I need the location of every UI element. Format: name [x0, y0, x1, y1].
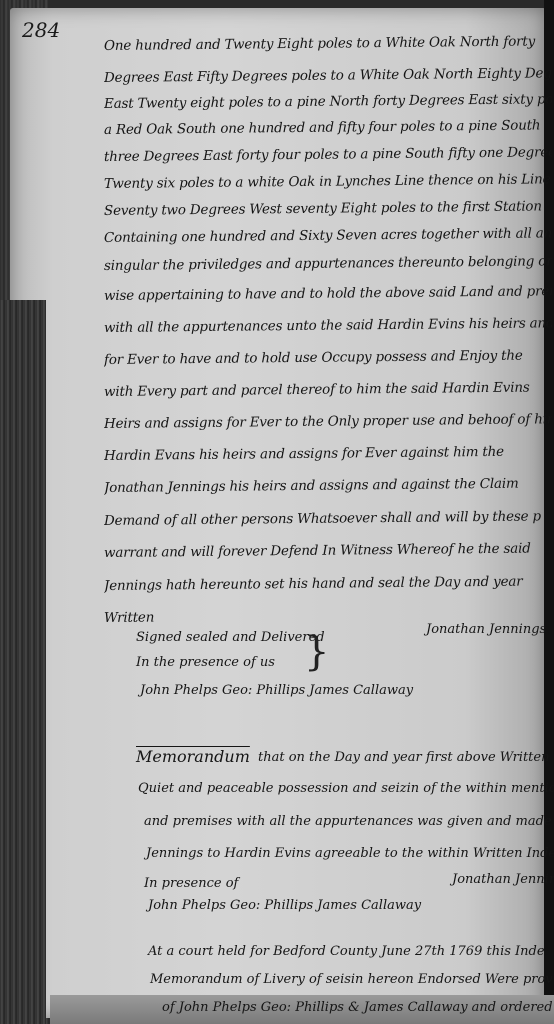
attestation-witnesses: John Phelps Geo: Phillips James Callaway: [140, 683, 413, 698]
memorandum-line: Quiet and peaceable possession and seizi…: [138, 781, 554, 796]
court-record-line: of John Phelps Geo: Phillips & James Cal…: [162, 1000, 553, 1015]
memorandum-heading: Memorandum: [136, 747, 250, 766]
court-record-line: At a court held for Bedford County June …: [148, 944, 545, 959]
book-spine-shadow: [0, 300, 46, 1024]
memorandum-signature: Jonathan Jennings: [452, 872, 554, 887]
attestation-signed: Signed sealed and Delivered: [136, 630, 325, 645]
brace-glyph: }: [304, 632, 329, 672]
document-scan: 284 One hundred and Twenty Eight poles t…: [0, 0, 554, 1024]
memorandum-witnesses: John Phelps Geo: Phillips James Callaway: [148, 898, 421, 913]
memorandum-line: that on the Day and year first above Wri…: [258, 750, 554, 765]
attestation-presence: In the presence of us: [136, 655, 275, 670]
page-number: 284: [22, 18, 60, 42]
grantor-signature: Jonathan Jennings: [426, 622, 546, 637]
memorandum-presence: In presence of: [144, 876, 238, 891]
memorandum-line: and premises with all the appurtenances …: [144, 814, 552, 829]
memorandum-line: Jennings to Hardin Evins agreeable to th…: [146, 846, 554, 861]
court-record-line: Memorandum of Livery of seisin hereon En…: [150, 972, 553, 987]
